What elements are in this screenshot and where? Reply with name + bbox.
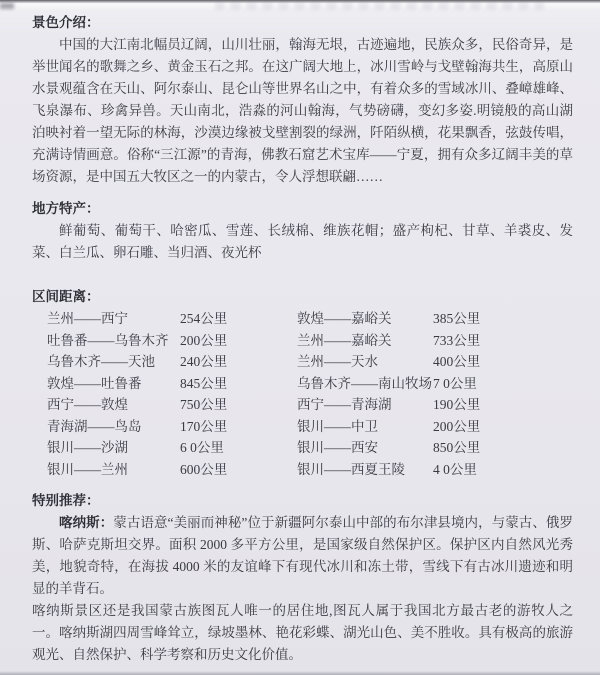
distance-value: 4 0公里 (433, 459, 477, 481)
scan-top-edge-artifact (0, 0, 600, 10)
table-row: 银川——兰州 600公里 (47, 459, 297, 481)
route-label: 吐鲁番——乌鲁木齐 (47, 330, 180, 352)
table-row: 西宁——青海湖 190公里 (297, 394, 573, 416)
distance-value: 170公里 (180, 416, 227, 438)
table-row: 敦煌——嘉峪关 385公里 (297, 308, 573, 330)
table-row: 银川——沙湖 6 0公里 (47, 437, 297, 459)
table-row: 西宁——敦煌 750公里 (47, 394, 297, 416)
table-row: 敦煌——吐鲁番 845公里 (47, 373, 297, 395)
route-label: 兰州——西宁 (47, 308, 180, 330)
scenery-paragraph: 中国的大江南北幅员辽阔，山川壮丽，翰海无垠，古迹遍地，民族众多，民俗奇异，是举世… (32, 34, 573, 188)
route-label: 银川——西安 (297, 437, 433, 459)
route-label: 敦煌——嘉峪关 (297, 308, 433, 330)
recommendation-heading: 特别推荐： (32, 490, 573, 512)
recommendation-paragraph-2: 喀纳斯景区还是我国蒙古族图瓦人唯一的居住地,图瓦人属于我国北方最古老的游牧人之一… (32, 600, 573, 666)
route-label: 银川——中卫 (297, 416, 433, 438)
table-row: 乌鲁木齐——南山牧场 7 0公里 (297, 373, 573, 395)
route-label: 乌鲁木齐——南山牧场 (297, 373, 433, 395)
route-label: 敦煌——吐鲁番 (47, 373, 180, 395)
route-label: 银川——兰州 (47, 459, 180, 481)
table-row: 兰州——天水 400公里 (297, 351, 573, 373)
section-specialties: 地方特产： 鲜葡萄、葡萄干、哈密瓜、雪莲、长绒棉、维族花帽；盛产枸杞、甘草、羊裘… (32, 198, 573, 264)
section-scenery: 景色介绍： 中国的大江南北幅员辽阔，山川壮丽，翰海无垠，古迹遍地，民族众多，民俗… (32, 12, 573, 188)
scan-bottom-edge-artifact (0, 671, 600, 675)
table-row: 兰州——嘉峪关 733公里 (297, 330, 573, 352)
distance-value: 400公里 (433, 351, 480, 373)
distance-value: 733公里 (433, 330, 480, 352)
distance-value: 600公里 (180, 459, 227, 481)
distance-value: 254公里 (180, 308, 227, 330)
scan-corner-speck (0, 3, 14, 9)
distance-value: 240公里 (180, 351, 227, 373)
table-row: 兰州——西宁 254公里 (47, 308, 297, 330)
distance-value: 385公里 (433, 308, 480, 330)
distance-value: 6 0公里 (180, 437, 224, 459)
route-label: 银川——西夏王陵 (297, 459, 433, 481)
distance-value: 845公里 (180, 373, 227, 395)
recommendation-paragraph-1-text: 蒙古语意“美丽而神秘”位于新疆阿尔泰山中部的布尔津县境内，与蒙古、俄罗斯、哈萨克… (32, 515, 573, 596)
distance-value: 200公里 (433, 416, 480, 438)
section-recommendation: 特别推荐： 喀纳斯：蒙古语意“美丽而神秘”位于新疆阿尔泰山中部的布尔津县境内，与… (32, 490, 573, 666)
table-row: 银川——中卫 200公里 (297, 416, 573, 438)
specialties-paragraph: 鲜葡萄、葡萄干、哈密瓜、雪莲、长绒棉、维族花帽；盛产枸杞、甘草、羊裘皮、发菜、白… (32, 220, 573, 264)
table-row: 乌鲁木齐——天池 240公里 (47, 351, 297, 373)
distance-value: 7 0公里 (433, 373, 477, 395)
route-label: 兰州——嘉峪关 (297, 330, 433, 352)
route-label: 西宁——敦煌 (47, 394, 180, 416)
route-label: 乌鲁木齐——天池 (47, 351, 180, 373)
distance-table: 兰州——西宁 254公里 吐鲁番——乌鲁木齐 200公里 乌鲁木齐——天池 24… (47, 308, 573, 480)
distance-table-right-column: 敦煌——嘉峪关 385公里 兰州——嘉峪关 733公里 兰州——天水 400公里… (297, 308, 573, 480)
bleed-through-ghost-text (215, 1, 545, 10)
table-row: 青海湖——鸟岛 170公里 (47, 416, 297, 438)
section-distances: 区间距离： 兰州——西宁 254公里 吐鲁番——乌鲁木齐 200公里 乌鲁木齐—… (32, 286, 573, 480)
kanas-lead-label: 喀纳斯： (59, 515, 113, 530)
table-row: 银川——西夏王陵 4 0公里 (297, 459, 573, 481)
route-label: 青海湖——鸟岛 (47, 416, 180, 438)
scenery-heading: 景色介绍： (32, 12, 573, 34)
recommendation-paragraph-1: 喀纳斯：蒙古语意“美丽而神秘”位于新疆阿尔泰山中部的布尔津县境内，与蒙古、俄罗斯… (32, 512, 573, 600)
distance-value: 200公里 (180, 330, 227, 352)
route-label: 兰州——天水 (297, 351, 433, 373)
distances-heading: 区间距离： (32, 286, 573, 308)
table-row: 吐鲁番——乌鲁木齐 200公里 (47, 330, 297, 352)
route-label: 西宁——青海湖 (297, 394, 433, 416)
scanned-document-page: 景色介绍： 中国的大江南北幅员辽阔，山川壮丽，翰海无垠，古迹遍地，民族众多，民俗… (0, 0, 600, 675)
distance-value: 190公里 (433, 394, 480, 416)
table-row: 银川——西安 850公里 (297, 437, 573, 459)
distance-value: 750公里 (180, 394, 227, 416)
distance-table-left-column: 兰州——西宁 254公里 吐鲁番——乌鲁木齐 200公里 乌鲁木齐——天池 24… (47, 308, 297, 480)
distance-value: 850公里 (433, 437, 480, 459)
specialties-heading: 地方特产： (32, 198, 573, 220)
route-label: 银川——沙湖 (47, 437, 180, 459)
